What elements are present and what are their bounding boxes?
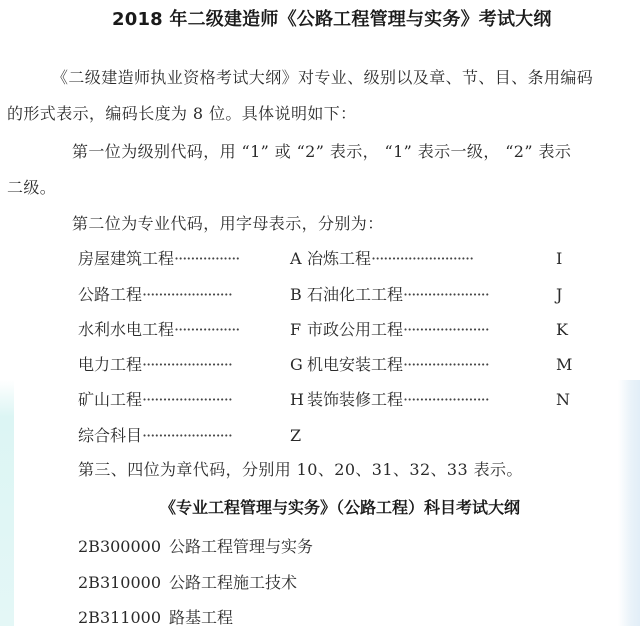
right-edge-tint [618, 380, 640, 626]
leader-dots: ····················· [403, 355, 489, 374]
specialty-row: 水利水电工程················ F 市政公用工程·········… [78, 319, 568, 341]
specialty-code: J [556, 284, 562, 306]
specialty-right-entry: 冶炼工程························· [307, 248, 473, 270]
specialty-code: Z [290, 425, 301, 447]
outline-code: 2B310000 [78, 573, 161, 593]
specialty-row: 电力工程······················ G 机电安装工程·····… [78, 354, 568, 376]
specialty-name: 公路工程 [78, 285, 142, 304]
intro-line-2: 的形式表示，编码长度为 8 位。具体说明如下： [7, 104, 357, 124]
outline-item: 2B311000路基工程 [78, 608, 233, 626]
specialty-row: 矿山工程······················ H 装饰装修工程·····… [78, 389, 568, 411]
specialty-name: 石油化工工程 [307, 285, 403, 304]
specialty-name: 水利水电工程 [78, 320, 174, 339]
outline-label: 公路工程管理与实务 [169, 537, 313, 556]
outline-code: 2B300000 [78, 537, 161, 557]
section-title: 《专业工程管理与实务》（公路工程）科目考试大纲 [160, 497, 520, 519]
third-fourth-digit-note: 第三、四位为章代码，分别用 10、20、31、32、33 表示。 [78, 460, 523, 480]
specialty-right-entry: 石油化工工程····················· [307, 284, 489, 306]
specialty-name: 机电安装工程 [307, 355, 403, 374]
document-title: 2018 年二级建造师《公路工程管理与实务》考试大纲 [112, 8, 552, 32]
specialty-code: G [290, 354, 303, 376]
specialty-code: F [290, 319, 301, 341]
specialty-code: B [290, 284, 302, 306]
specialty-code: A [290, 248, 302, 270]
outline-item: 2B310000公路工程施工技术 [78, 573, 297, 593]
first-digit-line-2: 二级。 [7, 178, 56, 198]
leader-dots: ······················ [142, 426, 232, 445]
specialty-right-entry: 装饰装修工程····················· [307, 389, 489, 411]
specialty-code: M [556, 354, 572, 376]
outline-code: 2B311000 [78, 608, 161, 626]
leader-dots: ····················· [403, 285, 489, 304]
specialty-left-entry: 综合科目······················ [78, 425, 232, 447]
leader-dots: ····················· [403, 390, 489, 409]
outline-label: 路基工程 [169, 608, 233, 626]
leader-dots: ························· [371, 249, 473, 268]
specialty-name: 矿山工程 [78, 390, 142, 409]
leader-dots: ······················ [142, 390, 232, 409]
specialty-row: 房屋建筑工程················ A 冶炼工程···········… [78, 248, 568, 270]
specialty-row: 综合科目······················ Z [78, 425, 568, 447]
leader-dots: ················ [174, 249, 239, 268]
specialty-left-entry: 公路工程······················ [78, 284, 232, 306]
specialty-name: 电力工程 [78, 355, 142, 374]
first-digit-line-1: 第一位为级别代码，用 “1” 或 “2” 表示， “1” 表示一级， “2” 表… [72, 142, 571, 162]
leader-dots: ····················· [403, 320, 489, 339]
specialty-code: I [556, 248, 562, 270]
outline-label: 公路工程施工技术 [169, 573, 297, 592]
left-edge-tint [0, 380, 14, 626]
specialty-left-entry: 矿山工程······················ [78, 389, 232, 411]
specialty-code: K [556, 319, 568, 341]
specialty-left-entry: 房屋建筑工程················ [78, 248, 239, 270]
intro-line-1: 《二级建造师执业资格考试大纲》对专业、级别以及章、节、目、条用编码 [52, 68, 593, 88]
specialty-code: H [290, 389, 304, 411]
outline-item: 2B300000公路工程管理与实务 [78, 537, 313, 557]
second-digit-intro: 第二位为专业代码，用字母表示，分别为： [72, 214, 384, 234]
specialty-name: 冶炼工程 [307, 249, 371, 268]
specialty-name: 装饰装修工程 [307, 390, 403, 409]
specialty-name: 市政公用工程 [307, 320, 403, 339]
specialty-name: 综合科目 [78, 426, 142, 445]
leader-dots: ················ [174, 320, 239, 339]
specialty-row: 公路工程······················ B 石油化工工程·····… [78, 284, 568, 306]
specialty-right-entry: 市政公用工程····················· [307, 319, 489, 341]
specialty-left-entry: 电力工程······················ [78, 354, 232, 376]
specialty-code: N [556, 389, 570, 411]
specialty-right-entry: 机电安装工程····················· [307, 354, 489, 376]
leader-dots: ······················ [142, 285, 232, 304]
specialty-left-entry: 水利水电工程················ [78, 319, 239, 341]
leader-dots: ······················ [142, 355, 232, 374]
specialty-name: 房屋建筑工程 [78, 249, 174, 268]
